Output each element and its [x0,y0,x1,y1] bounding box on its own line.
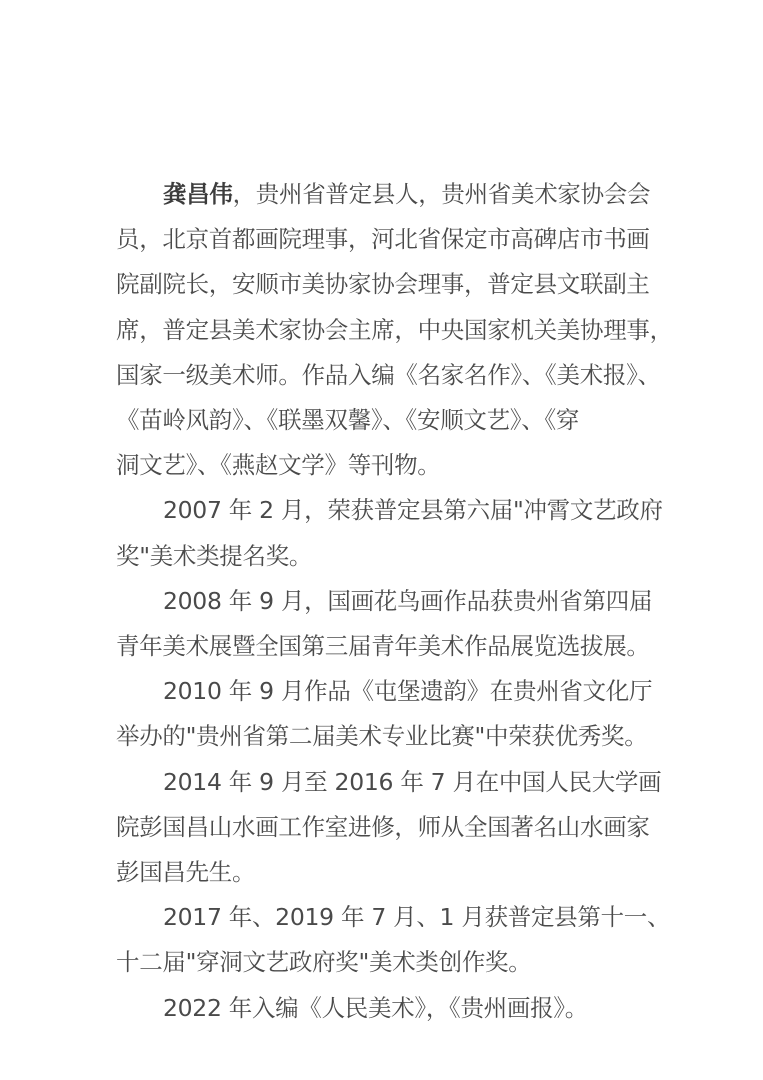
bio-line: 洞文艺》、《燕赵文学》等刊物。 [116,443,656,488]
achievement-line: 2017 年、2019 年 7 月、1 月获普定县第十一、 [116,895,656,940]
artist-name: 龚昌伟 [163,180,233,208]
achievement-line: 2010 年 9 月作品《屯堡遗韵》在贵州省文化厅 [116,669,656,714]
achievement-2007: 2007 年 2 月，荣获普定县第六届"冲霄文艺政府 奖"美术类提名奖。 [116,488,656,578]
achievement-2010: 2010 年 9 月作品《屯堡遗韵》在贵州省文化厅 举办的"贵州省第二届美术专业… [116,669,656,759]
achievement-line: 奖"美术类提名奖。 [116,534,656,579]
achievement-line: 2022 年入编《人民美术》，《贵州画报》。 [116,986,656,1031]
bio-paragraph: 龚昌伟，贵州省普定县人，贵州省美术家协会会 员，北京首都画院理事，河北省保定市高… [116,172,656,488]
achievement-line: 2008 年 9 月，国画花鸟画作品获贵州省第四届 [116,579,656,624]
bio-line: 员，北京首都画院理事，河北省保定市高碑店市书画 [116,217,656,262]
bio-line: 龚昌伟，贵州省普定县人，贵州省美术家协会会 [116,172,656,217]
bio-line: 《苗岭风韵》、《联墨双馨》、《安顺文艺》、《穿 [116,398,656,443]
bio-line: 院副院长，安顺市美协家协会理事，普定县文联副主 [116,262,656,307]
achievement-line: 院彭国昌山水画工作室进修，师从全国著名山水画家 [116,805,656,850]
bio-line: 国家一级美术师。作品入编《名家名作》、《美术报》、 [116,353,656,398]
bio-line: 席，普定县美术家协会主席，中央国家机关美协理事， [116,308,656,353]
achievement-line: 青年美术展暨全国第三届青年美术作品展览选拔展。 [116,624,656,669]
document-page: 龚昌伟，贵州省普定县人，贵州省美术家协会会 员，北京首都画院理事，河北省保定市高… [116,172,656,1031]
achievement-line: 彭国昌先生。 [116,850,656,895]
achievement-line: 举办的"贵州省第二届美术专业比赛"中荣获优秀奖。 [116,714,656,759]
achievement-line: 2007 年 2 月，荣获普定县第六届"冲霄文艺政府 [116,488,656,533]
achievement-2022: 2022 年入编《人民美术》，《贵州画报》。 [116,986,656,1031]
achievement-2014: 2014 年 9 月至 2016 年 7 月在中国人民大学画 院彭国昌山水画工作… [116,760,656,896]
achievement-line: 2014 年 9 月至 2016 年 7 月在中国人民大学画 [116,760,656,805]
achievement-2017: 2017 年、2019 年 7 月、1 月获普定县第十一、 十二届"穿洞文艺政府… [116,895,656,985]
achievement-line: 十二届"穿洞文艺政府奖"美术类创作奖。 [116,940,656,985]
achievement-2008: 2008 年 9 月，国画花鸟画作品获贵州省第四届 青年美术展暨全国第三届青年美… [116,579,656,669]
